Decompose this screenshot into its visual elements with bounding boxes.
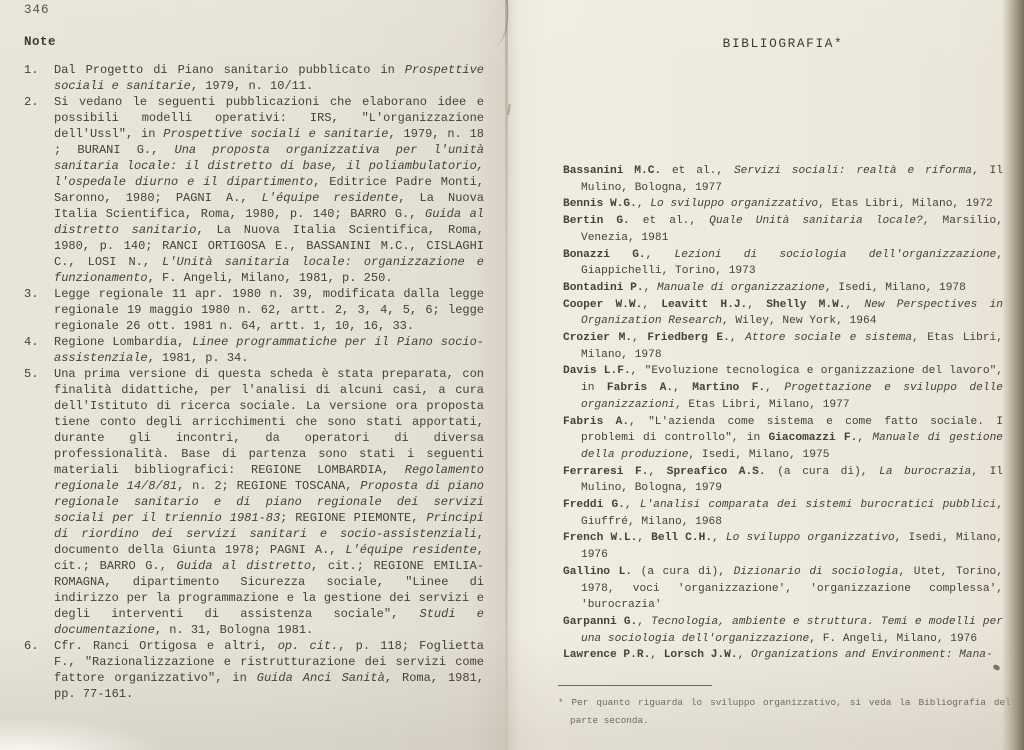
ink-speck	[992, 664, 1000, 671]
note-text: Cfr. Ranci Ortigosa e altri, op. cit., p…	[54, 638, 484, 702]
text-run: , Etas Libri, Milano, 1972	[818, 198, 993, 210]
left-page: 346 Note 1.Dal Progetto di Piano sanitar…	[24, 3, 484, 702]
bibliography-title: BIBLIOGRAFIA*	[563, 36, 1003, 51]
bibliography-entry: Bassanini M.C. et al., Servizi sociali: …	[563, 163, 1003, 196]
text-run: ,	[646, 249, 675, 261]
footnote-text: * Per quanto riguarda lo sviluppo organi…	[558, 694, 1022, 730]
footnote-divider	[558, 685, 712, 686]
note-item: 5.Una prima versione di questa scheda è …	[24, 366, 484, 638]
text-run: Lorsch J.W.	[664, 649, 738, 661]
note-text: Regione Lombardia, Linee programmatiche …	[54, 334, 484, 366]
bibliography-entry: Lawrence P.R., Lorsch J.W., Organization…	[563, 647, 1003, 664]
text-run: Fabris A.	[563, 416, 629, 428]
text-run: , 1981, p. 34.	[148, 351, 249, 365]
text-run: , Isedi, Milano, 1978	[825, 282, 966, 294]
text-run: Cfr. Ranci Ortigosa e altri,	[54, 639, 278, 653]
text-run: L'équipe residente	[345, 543, 476, 557]
bibliography-entry: Cooper W.W., Leavitt H.J., Shelly M.W., …	[563, 297, 1003, 330]
text-run: ,	[642, 299, 661, 311]
text-run: Crozier M.	[563, 332, 632, 344]
text-run: ,	[637, 616, 651, 628]
note-number: 6.	[24, 638, 54, 654]
text-run: Legge regionale 11 apr. 1980 n. 39, modi…	[54, 287, 484, 333]
text-run: Bonazzi G.	[563, 249, 646, 261]
bibliography-entry: Gallino L. (a cura di), Dizionario di so…	[563, 564, 1003, 614]
bibliography-list: Bassanini M.C. et al., Servizi sociali: …	[563, 163, 1003, 664]
page-number: 346	[24, 3, 484, 17]
text-run: ,	[765, 382, 784, 394]
text-run: Guida al distretto	[177, 559, 312, 573]
text-run: ,	[650, 649, 663, 661]
text-run: Manuale di organizzazione	[657, 282, 825, 294]
text-run: et al.,	[661, 165, 734, 177]
notes-heading: Note	[24, 35, 484, 49]
text-run: Davis L.F.	[563, 365, 631, 377]
text-run: , F. Angeli, Milano, 1981, p. 250.	[148, 271, 393, 285]
text-run: Martino F.	[692, 382, 765, 394]
text-run: ,	[637, 198, 650, 210]
text-run: Leavitt H.J.	[661, 299, 747, 311]
text-run: , Wiley, New York, 1964	[722, 315, 876, 327]
note-number: 2.	[24, 94, 54, 110]
text-run: ,	[738, 649, 751, 661]
text-run: ,	[625, 499, 640, 511]
note-item: 3.Legge regionale 11 apr. 1980 n. 39, mo…	[24, 286, 484, 334]
text-run: Ferraresi F.	[563, 466, 648, 478]
text-run: et al.,	[630, 215, 709, 227]
text-run: French W.L.	[563, 532, 637, 544]
text-run: ,	[747, 299, 766, 311]
text-run: Gallino L.	[563, 566, 632, 578]
page-corner-highlight	[0, 714, 180, 750]
text-run: ,	[857, 432, 872, 444]
notes-list: 1.Dal Progetto di Piano sanitario pubbli…	[24, 62, 484, 702]
note-text: Dal Progetto di Piano sanitario pubblica…	[54, 62, 484, 94]
note-text: Si vedano le seguenti pubblicazioni che …	[54, 94, 484, 286]
note-text: Una prima versione di questa scheda è st…	[54, 366, 484, 638]
bibliography-entry: Bertin G. et al., Quale Unità sanitaria …	[563, 213, 1003, 246]
text-run: ,	[648, 466, 666, 478]
text-run: Bassanini M.C.	[563, 165, 661, 177]
text-run: Garpanni G.	[563, 616, 637, 628]
bibliography-entry: Crozier M., Friedberg E., Attore sociale…	[563, 330, 1003, 363]
text-run: ,	[730, 332, 745, 344]
text-run: Prospettive sociali e sanitarie	[163, 127, 388, 141]
text-run: Bennis W.G.	[563, 198, 637, 210]
text-run: Servizi sociali: realtà e riforma	[734, 165, 972, 177]
text-run: ,	[712, 532, 726, 544]
right-page: BIBLIOGRAFIA* Bassanini M.C. et al., Ser…	[563, 36, 1003, 664]
text-run: Quale Unità sanitaria locale?	[709, 215, 923, 227]
bibliography-entry: Ferraresi F., Spreafico A.S. (a cura di)…	[563, 464, 1003, 497]
text-run: , 1979, n. 10/11.	[191, 79, 313, 93]
note-number: 3.	[24, 286, 54, 302]
text-run: Fabris A.	[607, 382, 673, 394]
text-run: op. cit.	[278, 639, 339, 653]
text-run: Una prima versione di questa scheda è st…	[54, 367, 484, 477]
text-run: Guida Anci Sanità	[257, 671, 385, 685]
text-run: Giacomazzi F.	[769, 432, 858, 444]
text-run: La burocrazia	[879, 466, 971, 478]
text-run: Dizionario di sociologia	[734, 566, 899, 578]
text-run: Lezioni di sociologia dell'organizzazion…	[675, 249, 997, 261]
text-run: L'équipe residente	[262, 191, 399, 205]
bibliography-entry: Bonazzi G., Lezioni di sociologia dell'o…	[563, 247, 1003, 280]
note-number: 4.	[24, 334, 54, 350]
text-run: Shelly M.W.	[766, 299, 845, 311]
book-spread-scan: 346 Note 1.Dal Progetto di Piano sanitar…	[0, 0, 1024, 750]
text-run: Organizations and Environment: Mana-	[751, 649, 993, 661]
text-run: (a cura di),	[766, 466, 879, 478]
text-run: , F. Angeli, Milano, 1976	[809, 633, 977, 645]
note-text: Legge regionale 11 apr. 1980 n. 39, modi…	[54, 286, 484, 334]
text-run: L'analisi comparata dei sistemi burocrat…	[640, 499, 996, 511]
text-run: , n. 31, Bologna 1981.	[155, 623, 313, 637]
note-item: 6.Cfr. Ranci Ortigosa e altri, op. cit.,…	[24, 638, 484, 702]
text-run: Bell C.H.	[651, 532, 712, 544]
note-number: 5.	[24, 366, 54, 382]
crease-mark	[481, 0, 518, 48]
text-run: , Etas Libri, Milano, 1977	[675, 399, 850, 411]
text-run: (a cura di),	[632, 566, 734, 578]
text-run: , n. 2; REGIONE TOSCANA,	[177, 479, 360, 493]
note-number: 1.	[24, 62, 54, 78]
text-run: Spreafico A.S.	[667, 466, 766, 478]
text-run: Lo sviluppo organizzativo	[650, 198, 818, 210]
margin-mark	[507, 104, 511, 115]
text-run: Bontadini P.	[563, 282, 644, 294]
bibliography-entry: Garpanni G., Tecnologia, ambiente e stru…	[563, 614, 1003, 647]
text-run: Freddi G.	[563, 499, 625, 511]
note-item: 1.Dal Progetto di Piano sanitario pubbli…	[24, 62, 484, 94]
text-run: , Isedi, Milano, 1975	[688, 449, 829, 461]
note-item: 2.Si vedano le seguenti pubblicazioni ch…	[24, 94, 484, 286]
bibliography-entry: Bennis W.G., Lo sviluppo organizzativo, …	[563, 196, 1003, 213]
text-run: ,	[632, 332, 647, 344]
note-item: 4.Regione Lombardia, Linee programmatich…	[24, 334, 484, 366]
book-edge-shadow	[1002, 0, 1024, 750]
bibliography-entry: Davis L.F., "Evoluzione tecnologica e or…	[563, 363, 1003, 413]
text-run: Regione Lombardia,	[54, 335, 192, 349]
text-run: Bertin G.	[563, 215, 630, 227]
text-run: Lawrence P.R.	[563, 649, 650, 661]
text-run: Dal Progetto di Piano sanitario pubblica…	[54, 63, 405, 77]
text-run: ,	[673, 382, 692, 394]
bibliography-entry: Bontadini P., Manuale di organizzazione,…	[563, 280, 1003, 297]
text-run: Attore sociale e sistema	[745, 332, 912, 344]
text-run: ,	[644, 282, 657, 294]
text-run: ,	[637, 532, 651, 544]
text-run: Lo sviluppo organizzativo	[726, 532, 895, 544]
bibliography-entry: Freddi G., L'analisi comparata dei siste…	[563, 497, 1003, 530]
bibliography-entry: French W.L., Bell C.H., Lo sviluppo orga…	[563, 530, 1003, 563]
text-run: Friedberg E.	[647, 332, 729, 344]
text-run: Cooper W.W.	[563, 299, 642, 311]
bibliography-entry: Fabris A., "L'azienda come sistema e com…	[563, 414, 1003, 464]
text-run: ,	[846, 299, 865, 311]
text-run: ; REGIONE PIEMONTE,	[280, 511, 426, 525]
